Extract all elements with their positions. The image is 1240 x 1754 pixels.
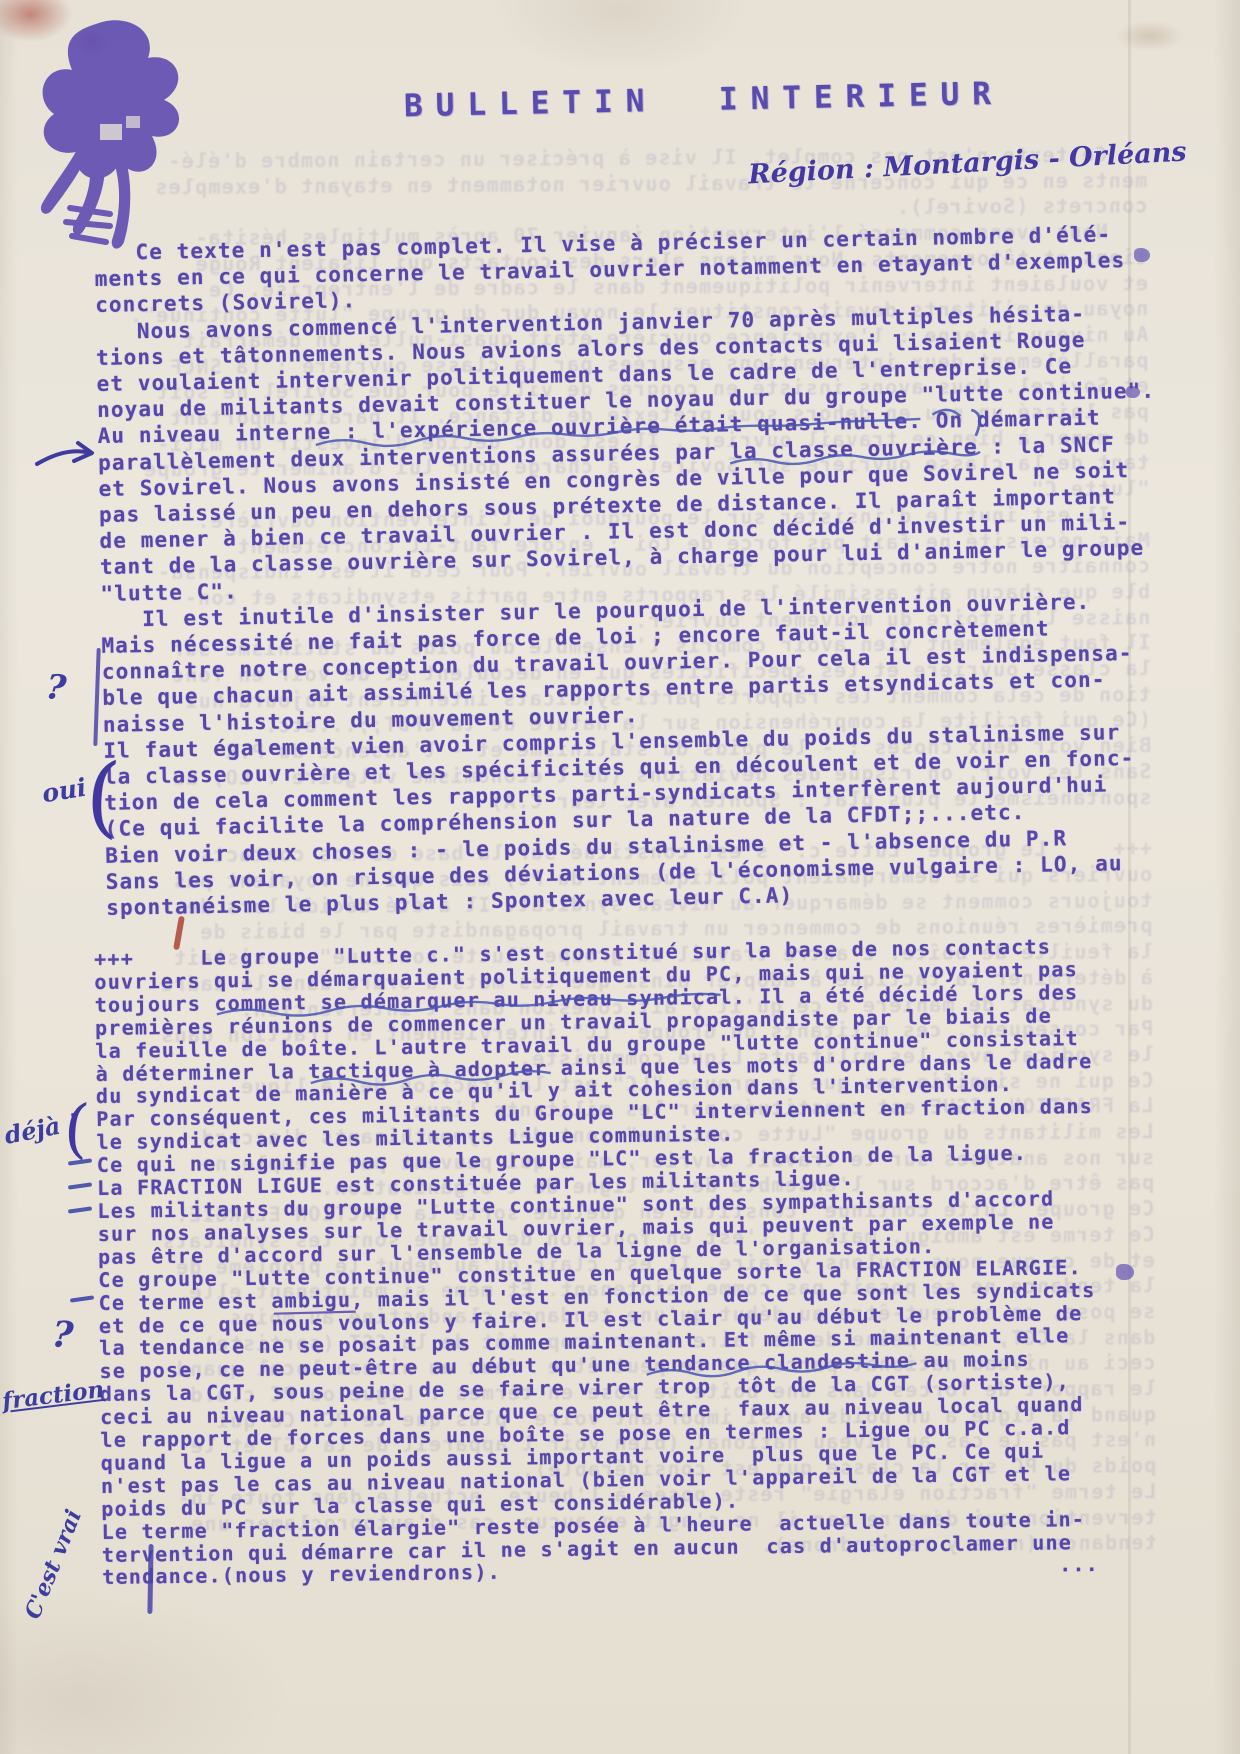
margin-oui: oui [40, 773, 88, 809]
page-title: BULLETIN INTERIEUR [404, 76, 1005, 125]
region-annotation: Région : Montargis - Orléans [747, 137, 1187, 191]
margin-arrow-icon [34, 438, 98, 476]
margin-question-mid: ? [50, 1313, 75, 1357]
margin-cest-vrai: C'est vrai [20, 1483, 97, 1623]
margin-brace-mid: ( [61, 1091, 91, 1167]
margin-fraction: fraction [1, 1376, 106, 1415]
margin-dash [68, 1182, 92, 1189]
margin-question-top: ? [44, 667, 68, 709]
typed-text-upper: Ce texte n'est pas complet. Il vise à pr… [94, 220, 1196, 921]
margin-brace-top: ( [83, 743, 123, 848]
margin-dash [70, 1295, 94, 1302]
margin-pen-bar-bottom [147, 1544, 153, 1614]
margin-pen-bar [93, 648, 100, 746]
ink-stamp-graphic [26, 12, 236, 262]
margin-dash [68, 1206, 92, 1213]
scanned-page: Ce texte n'est pas complet. Il vise à pr… [0, 0, 1240, 1754]
typed-text-lower: +++ Le groupe "Lutte c." s'est constitué… [94, 934, 1192, 1590]
